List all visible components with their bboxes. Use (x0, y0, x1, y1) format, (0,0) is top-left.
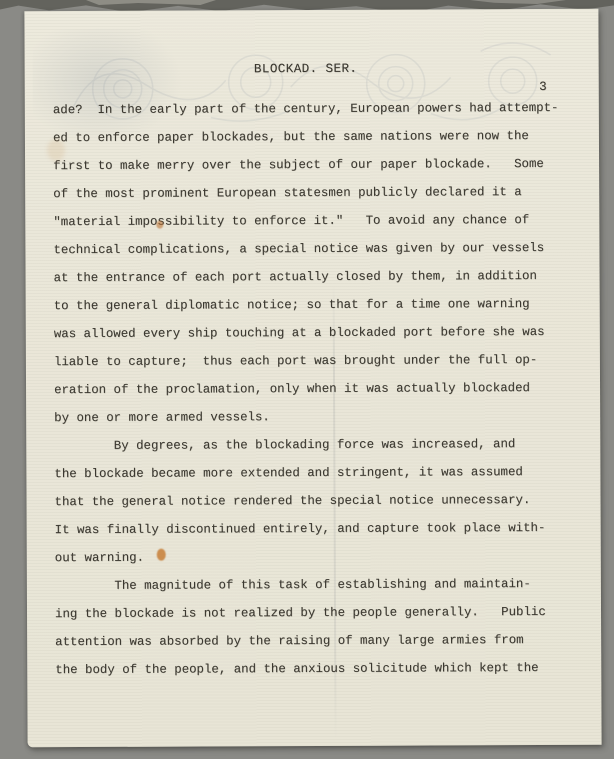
document-page: BLOCKAD. SER. 3 ade? In the early part o… (24, 9, 601, 747)
typed-line: out warning. (55, 542, 567, 572)
typed-line: the body of the people, and the anxious … (55, 654, 567, 684)
typed-line: the blockade became more extended and st… (54, 458, 566, 488)
typed-line: The magnitude of this task of establishi… (55, 570, 567, 600)
typed-line: ed to enforce paper blockades, but the s… (53, 122, 565, 152)
typed-line: by one or more armed vessels. (54, 402, 566, 432)
typed-line: It was finally discontinued entirely, an… (55, 514, 567, 544)
typed-line: "material impossibility to enforce it." … (53, 206, 565, 236)
photograph-background: { "document": { "header": "BLOCKAD. SER.… (0, 0, 614, 759)
typed-line: of the most prominent European statesmen… (53, 178, 565, 208)
document-title: BLOCKAD. SER. (53, 61, 559, 77)
typed-line: to the general diplomatic notice; so tha… (54, 290, 566, 320)
typed-body: ade? In the early part of the century, E… (53, 94, 568, 684)
typed-line: that the general notice rendered the spe… (54, 486, 566, 516)
typed-line: technical complications, a special notic… (53, 234, 565, 264)
typed-line: attention was absorbed by the raising of… (55, 626, 567, 656)
typed-line: at the entrance of each port actually cl… (54, 262, 566, 292)
typed-line: ing the blockade is not realized by the … (55, 598, 567, 628)
typed-line: eration of the proclamation, only when i… (54, 374, 566, 404)
typed-line: was allowed every ship touching at a blo… (54, 318, 566, 348)
typed-line: ade? In the early part of the century, E… (53, 94, 565, 124)
typed-line: first to make merry over the subject of … (53, 150, 565, 180)
typed-line: By degrees, as the blockading force was … (54, 430, 566, 460)
typed-line: liable to capture; thus each port was br… (54, 346, 566, 376)
